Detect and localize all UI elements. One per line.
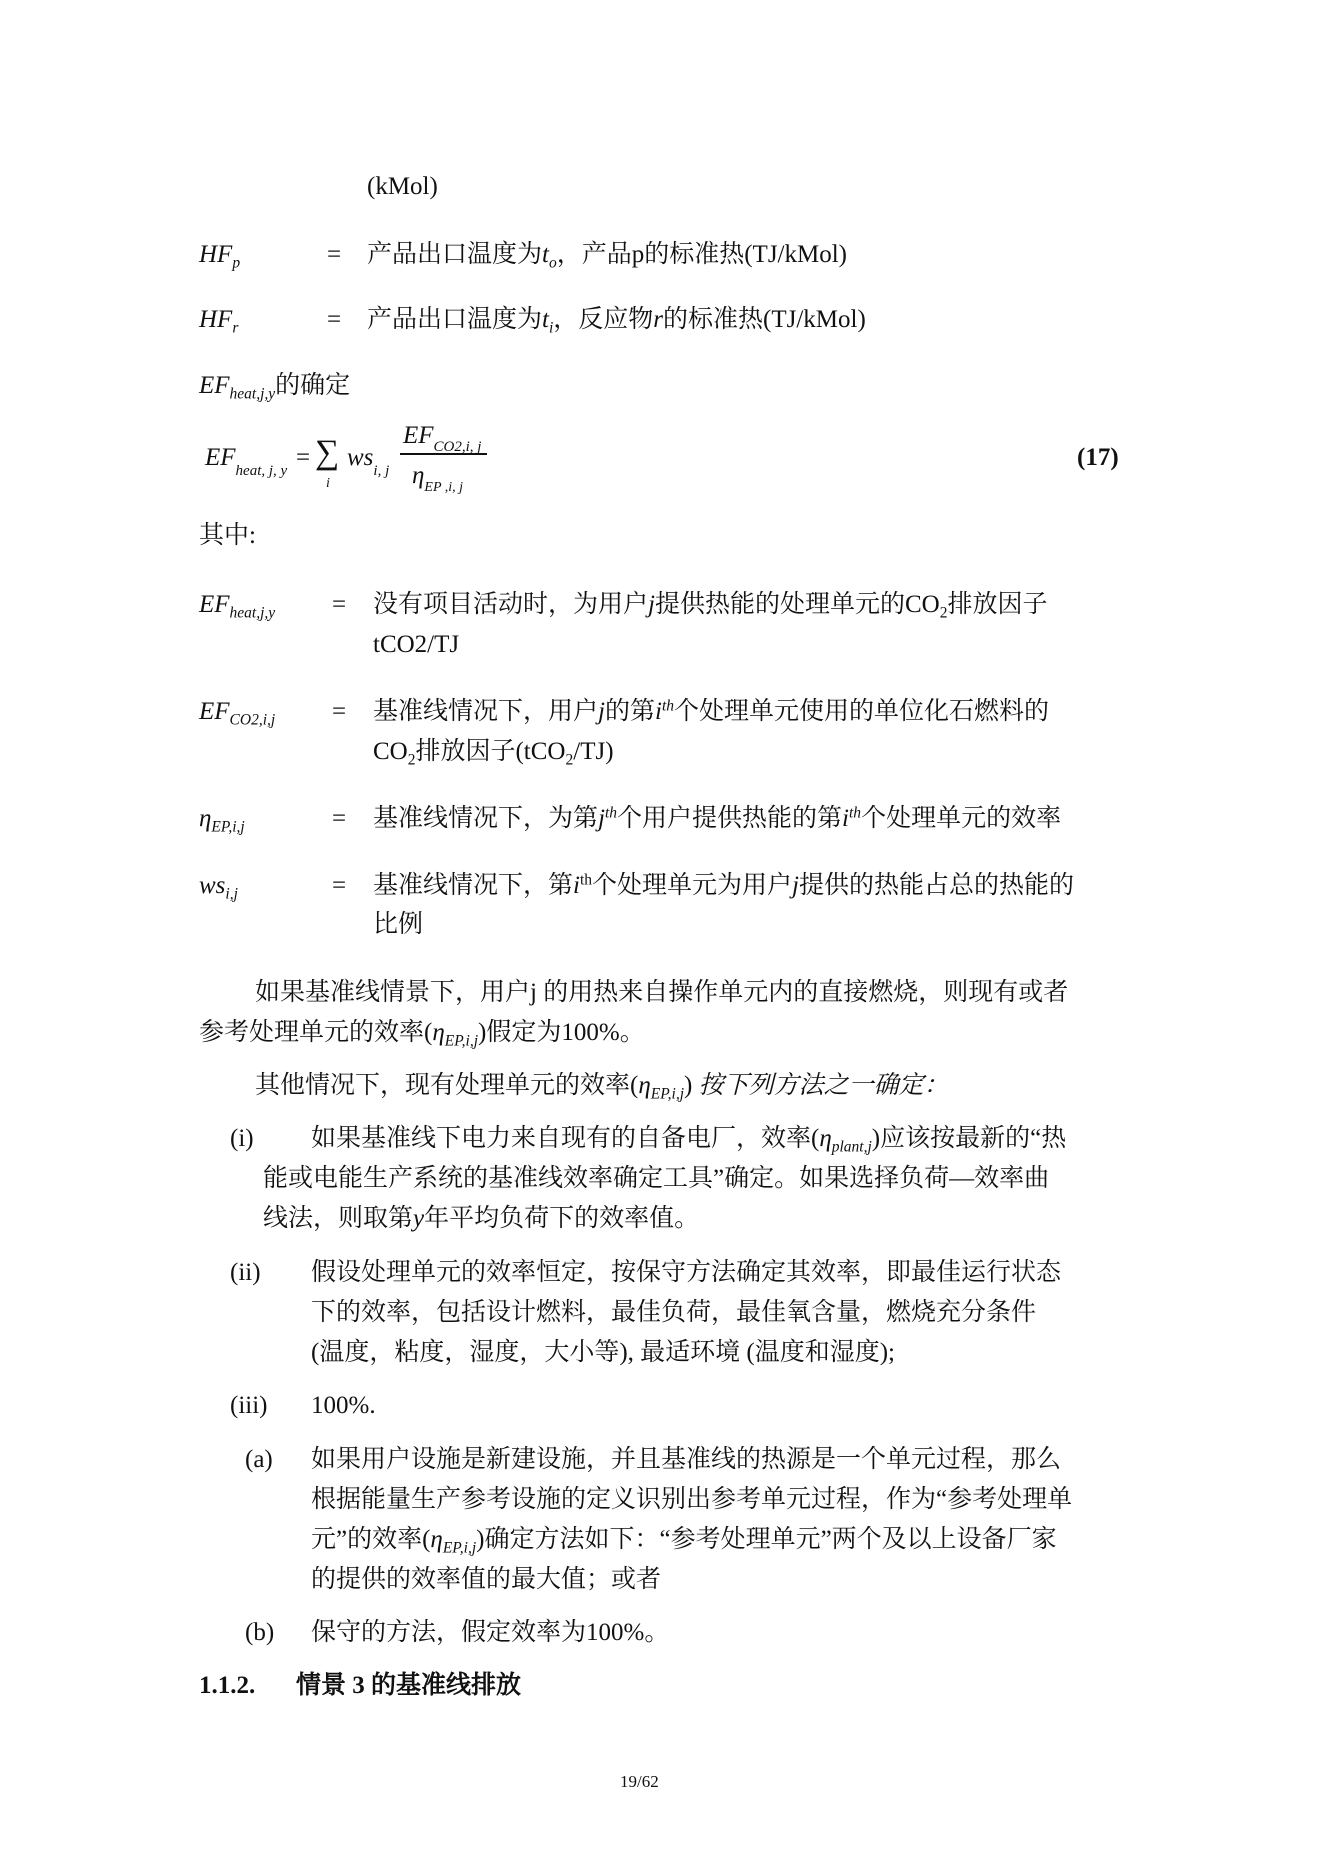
subheading: EFheat,j,y的确定 (199, 373, 350, 398)
equation-weight: wsi, j (347, 445, 389, 471)
list-marker: (b) (245, 1620, 274, 1645)
list-line: 的提供的效率值的最大值；或者 (311, 1567, 661, 1592)
paragraph-line: 如果基准线情景下，用户j 的用热来自操作单元内的直接燃烧，则现有或者 (255, 980, 1068, 1005)
paragraph-other-cases: 其他情况下，现有处理单元的效率(ηEP,i,j) 按下列方法之一确定： (255, 1073, 949, 1098)
definition-symbol: HFr (199, 307, 238, 332)
list-line: 能或电能生产系统的基准线效率确定工具”确定。如果选择负荷—效率曲 (263, 1166, 1049, 1191)
list-line: 线法，则取第y年平均负荷下的效率值。 (263, 1206, 699, 1231)
list-line: 下的效率，包括设计燃料，最佳负荷，最佳氧含量，燃烧充分条件 (311, 1300, 1036, 1325)
list-marker: (iii) (230, 1393, 268, 1418)
continuation-unit: (kMol) (367, 174, 438, 199)
list-marker: (a) (245, 1447, 273, 1472)
section-number: 1.1.2. (199, 1673, 255, 1698)
where-label: 其中: (199, 523, 256, 548)
definition-symbol: ηEP,i,j (199, 806, 245, 831)
equals-sign: = (327, 242, 341, 267)
equals-sign: = (332, 699, 346, 724)
equals-sign: = (327, 307, 341, 332)
definition-symbol: wsi,j (199, 873, 238, 898)
definition-text: 产品出口温度为to，产品p的标准热(TJ/kMol) (367, 242, 847, 267)
list-marker: (ii) (230, 1260, 261, 1285)
list-line: 100%. (311, 1393, 376, 1418)
definition-text-line1: 基准线情况下，为第jth个用户提供热能的第ith个处理单元的效率 (373, 806, 1061, 831)
list-line: (温度，粘度，湿度，大小等), 最适环境 (温度和湿度); (311, 1340, 895, 1365)
list-line: 元”的效率(ηEP,i,j)确定方法如下：“参考处理单元”两个及以上设备厂家 (311, 1527, 1057, 1552)
list-line: 假设处理单元的效率恒定，按保守方法确定其效率，即最佳运行状态 (311, 1260, 1061, 1285)
fraction-bar (400, 453, 487, 455)
list-line: 保守的方法，假定效率为100%。 (311, 1620, 669, 1645)
definition-text-line2: tCO2/TJ (373, 632, 459, 657)
summation-symbol: ∑ (315, 436, 339, 470)
list-line: 如果基准线下电力来自现有的自备电厂，效率(ηplant,j)应该按最新的“热 (311, 1126, 1066, 1151)
fraction-numerator: EFCO2,i, j (403, 423, 481, 448)
definition-text-line1: 没有项目活动时，为用户j提供热能的处理单元的CO2排放因子 (373, 592, 1047, 617)
page-number: 19/62 (620, 1773, 659, 1790)
summation-index: i (326, 477, 330, 491)
section-title: 情景 3 的基准线排放 (296, 1673, 521, 1698)
fraction-denominator: ηEP ,i, j (412, 463, 463, 488)
list-line: 如果用户设施是新建设施，并且基准线的热源是一个单元过程，那么 (311, 1447, 1061, 1472)
equation-lhs: EFheat, j, y (205, 445, 287, 471)
definition-text-line2: CO2排放因子(tCO2/TJ) (373, 739, 614, 764)
definition-symbol: EFCO2,i,j (199, 699, 275, 724)
definition-symbol: HFp (199, 242, 240, 267)
definition-text-line1: 基准线情况下，第ith个处理单元为用户j提供的热能占总的热能的 (373, 873, 1074, 898)
list-line: 根据能量生产参考设施的定义识别出参考单元过程，作为“参考处理单 (311, 1487, 1072, 1512)
definition-text-line1: 基准线情况下，用户j的第ith个处理单元使用的单位化石燃料的 (373, 699, 1049, 724)
equation-number: (17) (1077, 445, 1119, 470)
definition-text-line2: 比例 (373, 912, 423, 937)
paragraph-line: 参考处理单元的效率(ηEP,i,j)假定为100%。 (199, 1020, 645, 1045)
list-marker: (i) (230, 1126, 254, 1151)
equals-sign: = (332, 873, 346, 898)
equals-sign: = (332, 806, 346, 831)
definition-text: 产品出口温度为ti，反应物r的标准热(TJ/kMol) (367, 307, 866, 332)
definition-symbol: EFheat,j,y (199, 592, 275, 617)
equals-sign: = (332, 592, 346, 617)
equation-equals: = (296, 445, 310, 470)
